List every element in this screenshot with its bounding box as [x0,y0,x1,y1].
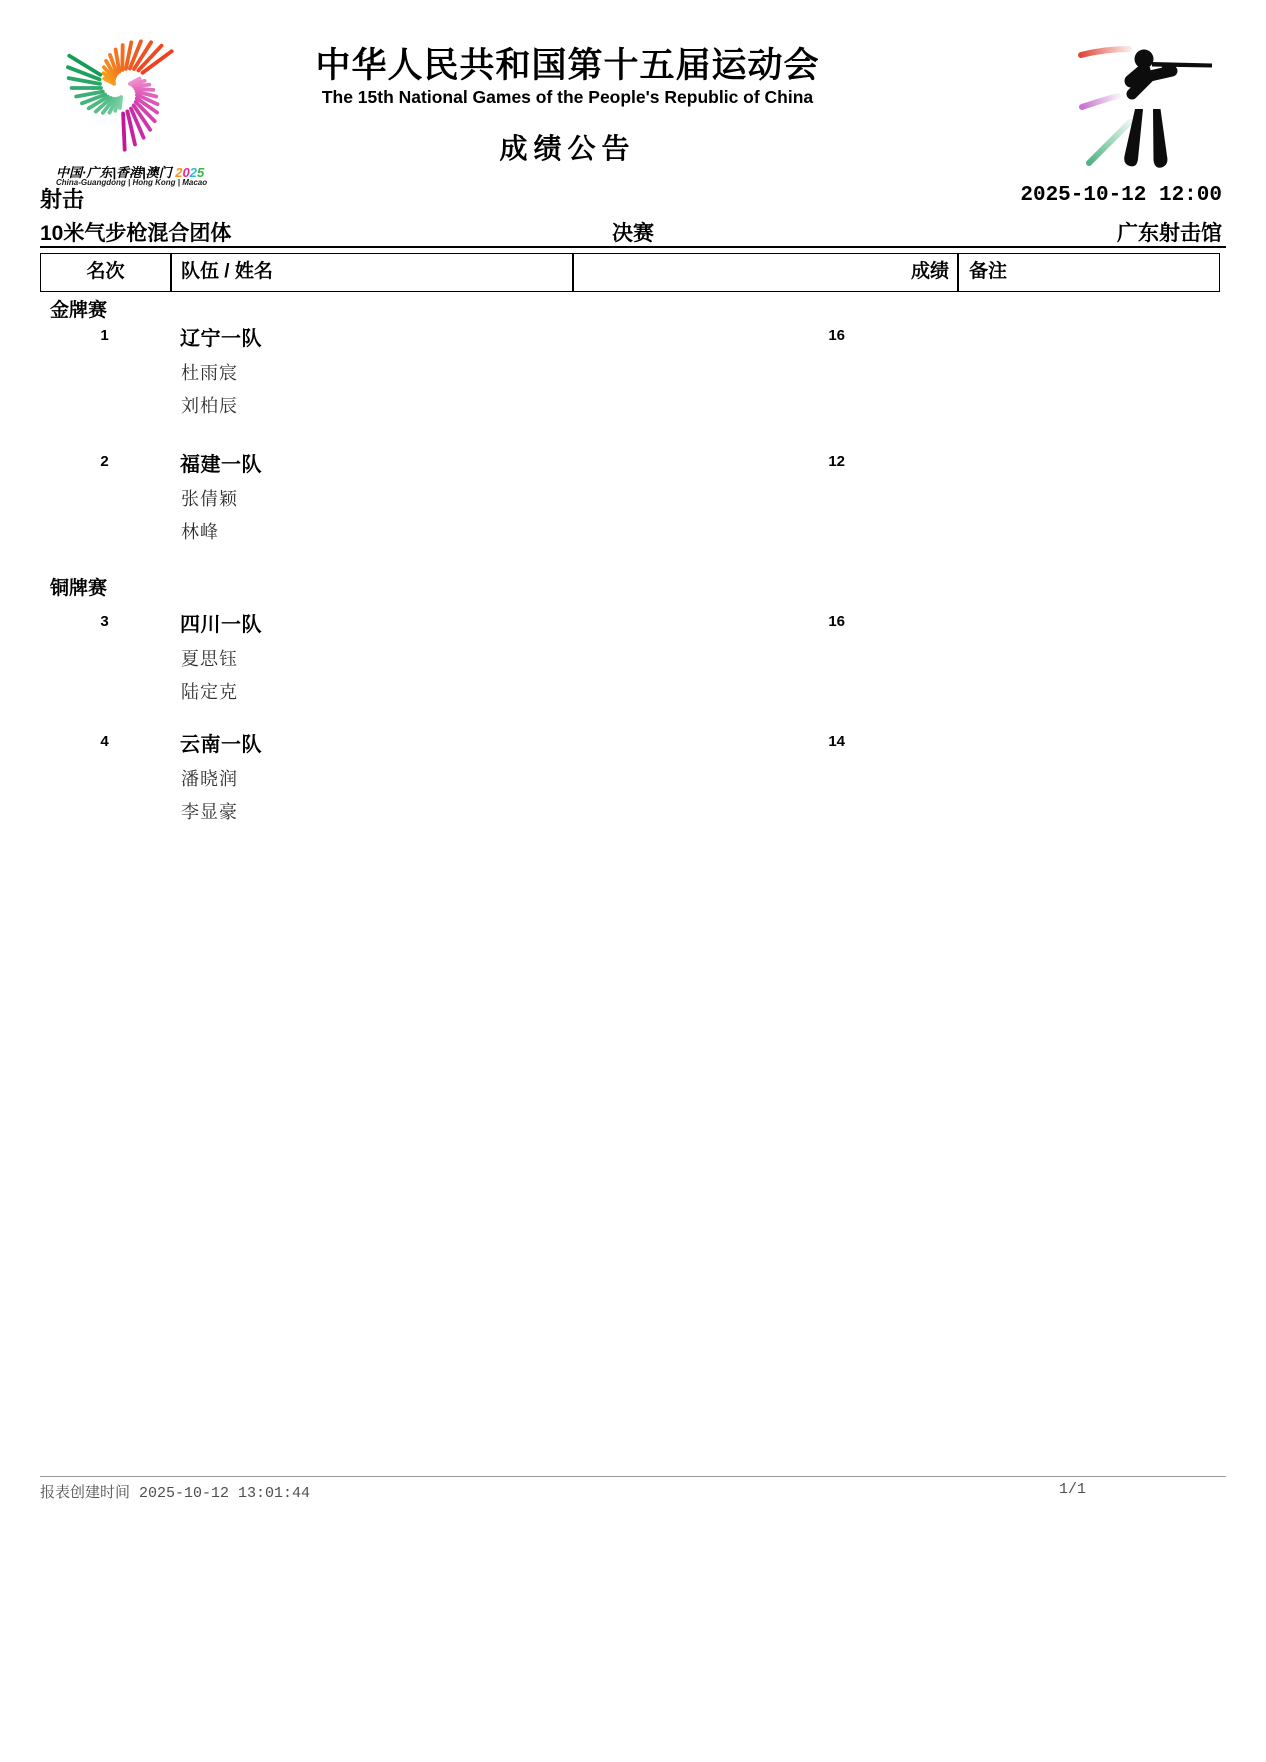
logo-text-en: China-Guangdong | Hong Kong | Macao [56,178,246,187]
footer-divider [40,1476,1226,1477]
rank-cell: 1 [40,327,169,344]
page-title: 中华人民共和国第十五届运动会 [200,46,935,86]
results-bulletin-page: 中国·广东|香港|澳门 2025 China-Guangdong | Hong … [0,0,1266,1762]
rank-cell: 4 [40,733,169,750]
member-name: 陆定克 [181,678,238,704]
result-value: 14 [645,733,845,750]
footer-created-time: 报表创建时间 2025-10-12 13:01:44 [40,1481,310,1502]
column-divider [957,254,959,291]
member-name: 潘晓润 [181,765,238,791]
section-label: 铜牌赛 [50,573,107,600]
results-table-header: 名次 队伍 / 姓名 成绩 备注 [40,253,1220,292]
report-datetime: 2025-10-12 12:00 [1020,184,1222,207]
member-name: 李显豪 [181,798,238,824]
header-title-block: 中华人民共和国第十五届运动会 The 15th National Games o… [200,46,935,167]
result-value: 12 [645,453,845,470]
games-logo: 中国·广东|香港|澳门 2025 China-Guangdong | Hong … [52,22,222,162]
shooting-pictogram-icon [1072,42,1220,180]
team-name: 四川一队 [180,608,262,637]
bulletin-title: 成绩公告 [200,127,935,167]
team-name: 福建一队 [180,448,262,477]
column-divider [170,254,172,291]
header-divider [40,246,1226,248]
result-value: 16 [645,613,845,630]
member-name: 张倩颖 [181,485,238,511]
phase-name: 决赛 [200,217,1066,247]
result-value: 16 [645,327,845,344]
firework-logo-icon [52,22,192,162]
member-name: 杜雨宸 [181,359,238,385]
member-name: 林峰 [181,518,219,544]
venue-name: 广东射击馆 [1117,217,1222,247]
team-name: 辽宁一队 [180,322,262,351]
col-rank: 名次 [41,254,170,290]
rank-cell: 3 [40,613,169,630]
rank-cell: 2 [40,453,169,470]
member-name: 夏思钰 [181,645,238,671]
col-team: 队伍 / 姓名 [181,254,273,290]
sport-name: 射击 [40,183,84,214]
col-remark: 备注 [969,254,1007,290]
team-name: 云南一队 [180,728,262,757]
page-subtitle: The 15th National Games of the People's … [200,87,935,108]
footer-page-number: 1/1 [1000,1481,1086,1498]
section-label: 金牌赛 [50,295,107,322]
col-result: 成绩 [572,254,949,290]
member-name: 刘柏辰 [181,392,238,418]
